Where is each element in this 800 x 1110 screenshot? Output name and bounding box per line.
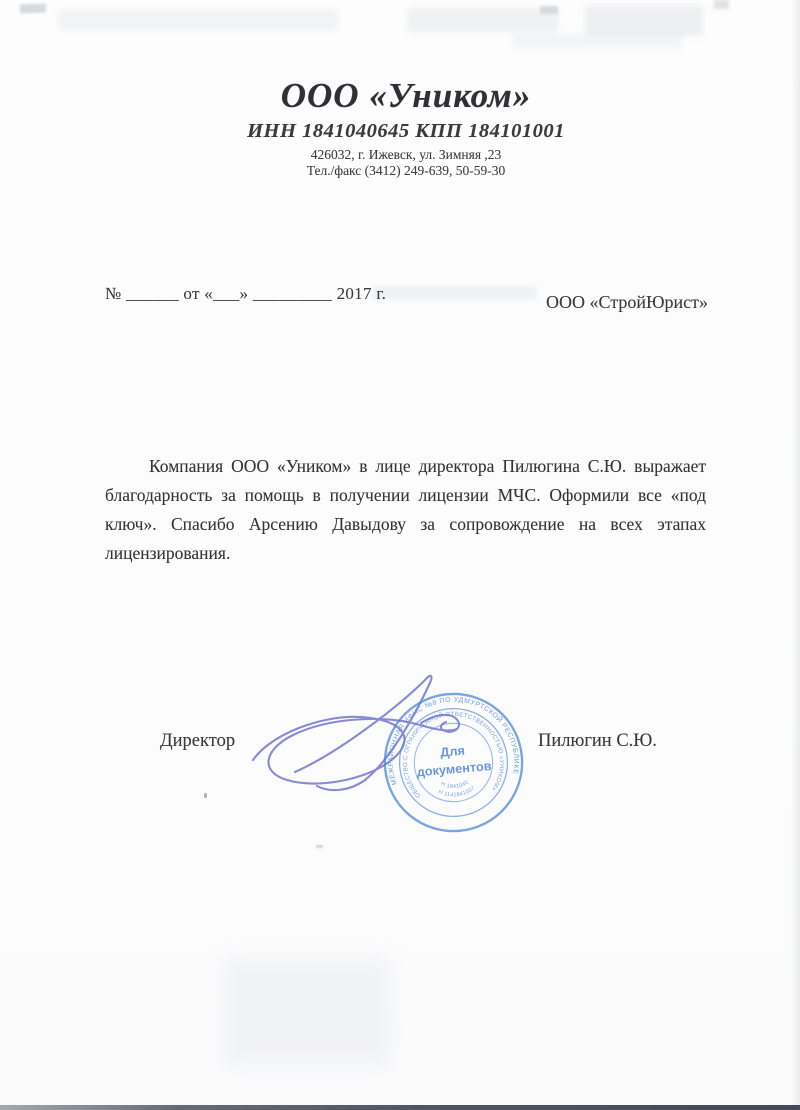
ink-bleedthrough	[512, 34, 682, 48]
recipient-name: ООО «СтройЮрист»	[546, 292, 708, 313]
director-name: Пилюгин С.Ю.	[538, 731, 657, 752]
company-address: 426032, г. Ижевск, ул. Зимняя ,23	[0, 147, 800, 163]
letter-body: Компания ООО «Уником» в лице директора П…	[105, 452, 706, 568]
stamp-center-line1: Для	[440, 743, 466, 760]
ink-bleedthrough	[585, 6, 703, 36]
body-line: благодарность за помощь в получении лице…	[105, 481, 706, 510]
body-line: лицензирования.	[105, 539, 706, 568]
scan-artifact-top-center	[540, 6, 558, 14]
company-stamp: МЕЖРАЙОННАЯ ИФНС №8 ПО УДМУРТСКОЙ РЕСПУБ…	[380, 689, 527, 836]
stamp-center-line2: документов	[416, 758, 492, 779]
ink-bleedthrough	[372, 286, 537, 300]
scan-edge-line	[0, 1105, 800, 1110]
company-inn-kpp: ИНН 1841040645 КПП 184101001	[0, 120, 800, 143]
company-phone: Тел./факс (3412) 249-639, 50-59-30	[0, 163, 800, 179]
scan-artifact-top-right	[714, 0, 729, 9]
body-line: Компания ООО «Уником» в лице директора П…	[105, 452, 706, 481]
company-name: ООО «Уником»	[0, 76, 800, 116]
ink-bleedthrough	[408, 8, 558, 32]
letterhead: ООО «Уником» ИНН 1841040645 КПП 18410100…	[0, 76, 800, 179]
ink-speck	[316, 845, 323, 848]
ink-speck	[204, 793, 207, 798]
body-line: ключ». Спасибо Арсению Давыдову за сопро…	[105, 510, 706, 539]
document-number-line: № ______ от «___» _________ 2017 г.	[105, 284, 386, 304]
director-title-label: Директор	[160, 731, 235, 752]
scanned-letter-page: ООО «Уником» ИНН 1841040645 КПП 18410100…	[0, 0, 800, 1110]
ink-bleedthrough	[58, 9, 338, 31]
scan-artifact-top-left	[20, 4, 46, 14]
ink-bleedthrough	[225, 960, 390, 1065]
